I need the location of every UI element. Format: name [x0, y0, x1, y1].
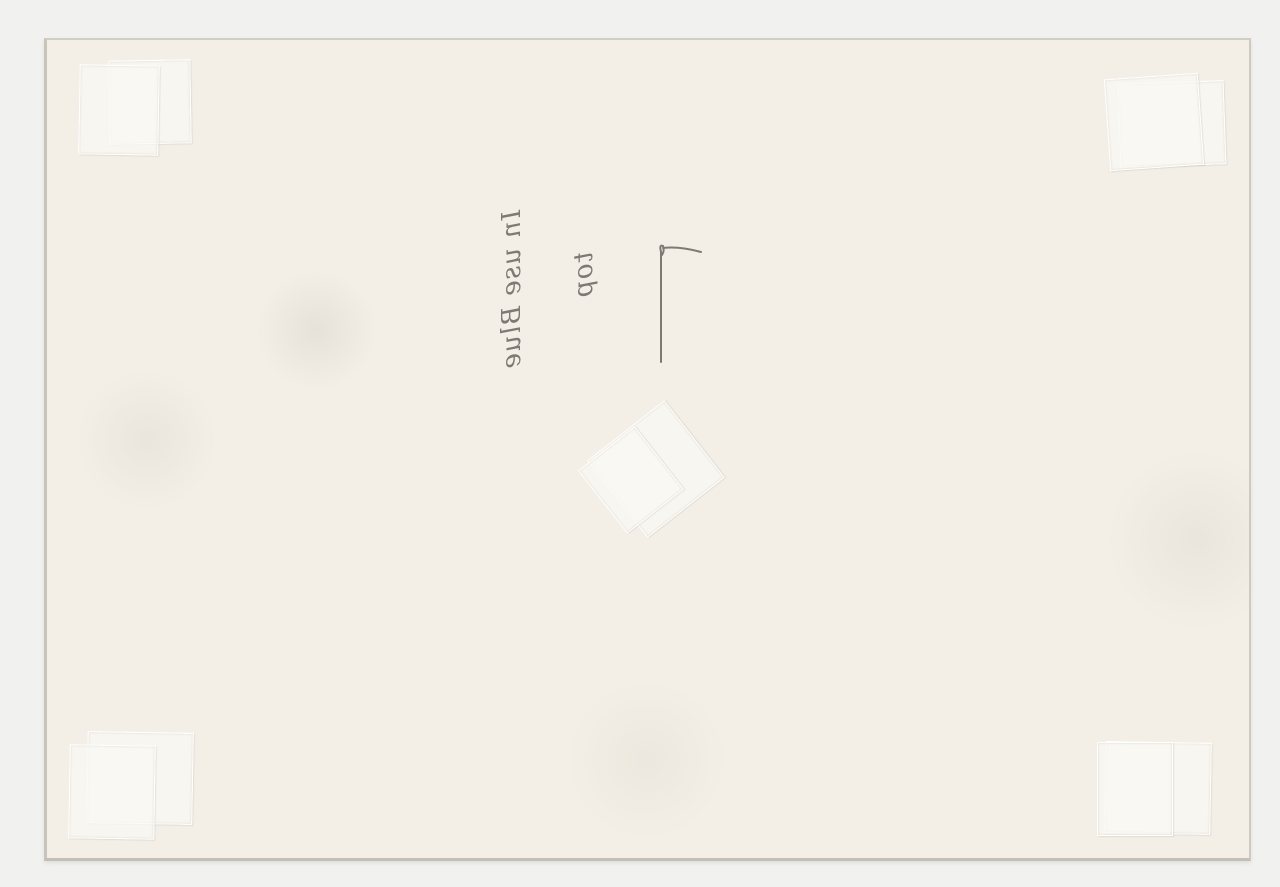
tape-hinge-top-left-overlap — [78, 64, 160, 155]
tape-hinge-bottom-left-overlap — [68, 744, 156, 839]
tape-hinge-top-right-overlap — [1104, 73, 1204, 171]
inscription-in-use-blue: In use Blue — [497, 210, 527, 370]
tape-hinge-bottom-right-overlap — [1097, 742, 1173, 836]
paper-sheet: In use Blue top — [44, 38, 1251, 861]
inscription-top: top — [569, 252, 599, 298]
arrow-up-pencil-mark-icon — [649, 240, 709, 370]
